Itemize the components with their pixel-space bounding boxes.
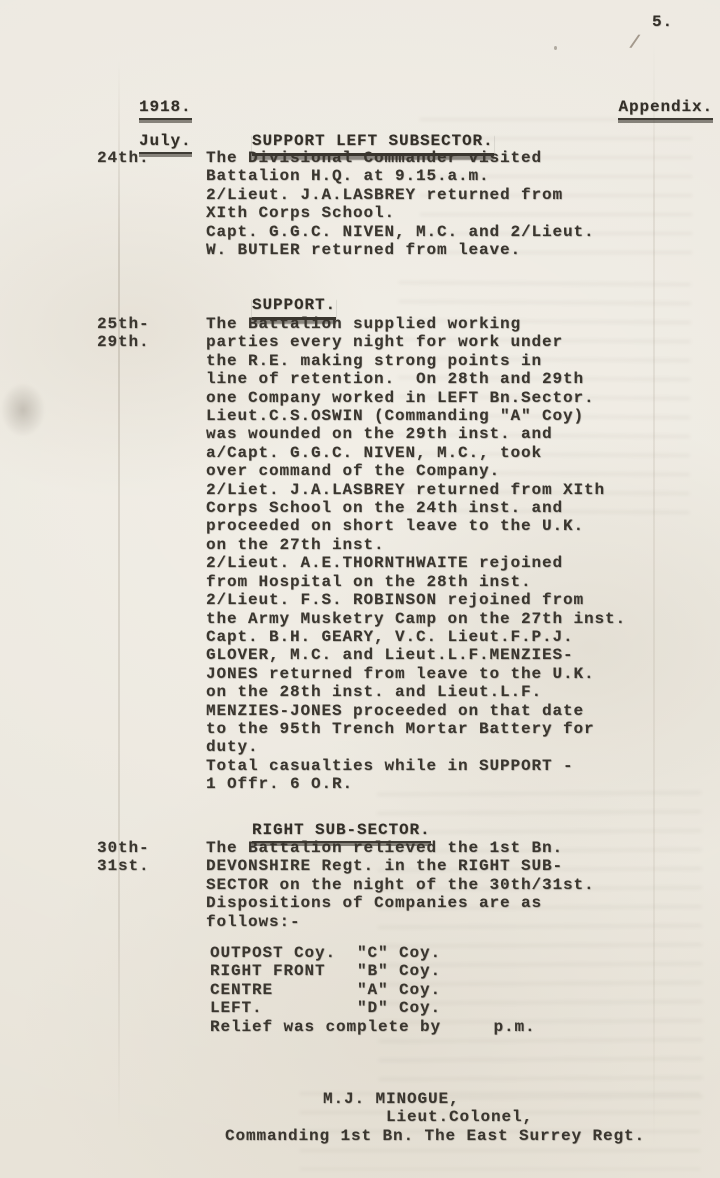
entry-body-24th: The Divisional Commander visited Battali… (206, 149, 595, 259)
paper-smudge (0, 382, 46, 438)
signature-block: M.J. MINOGUE, Lieut.Colonel, Commanding … (225, 1090, 645, 1145)
entry-date-30th-31st: 30th- 31st. (97, 839, 150, 876)
signature-rank: Lieut.Colonel, (386, 1108, 645, 1126)
pen-slash-mark: / (628, 33, 641, 53)
entry-date-24th: 24th. (97, 149, 150, 167)
entry-body-25th-29th: The Battalion supplied working parties e… (206, 315, 626, 794)
paper-crease (653, 40, 655, 1150)
appendix-text: Appendix. (618, 98, 713, 119)
page-number: 5. (652, 13, 673, 31)
war-diary-page: / 5. 1918. Appendix. July. SUPPORT LEFT … (0, 0, 720, 1178)
entry-date-25th-29th: 25th- 29th. (97, 315, 150, 352)
ink-speck (554, 46, 557, 50)
entry-body-30th-31st: The Battalion relieved the 1st Bn. DEVON… (206, 839, 595, 931)
paper-crease (118, 60, 120, 1130)
signature-name: M.J. MINOGUE, (323, 1090, 645, 1108)
dispositions-table: OUTPOST Coy. "C" Coy. RIGHT FRONT "B" Co… (210, 944, 536, 1036)
month-label: July. (97, 114, 192, 154)
section-heading-right-sub-sector: RIGHT SUB-SECTOR. (210, 803, 431, 843)
section-heading-support: SUPPORT. (210, 278, 336, 320)
appendix-label: Appendix. (576, 80, 713, 120)
signature-unit: Commanding 1st Bn. The East Surrey Regt. (225, 1127, 645, 1145)
